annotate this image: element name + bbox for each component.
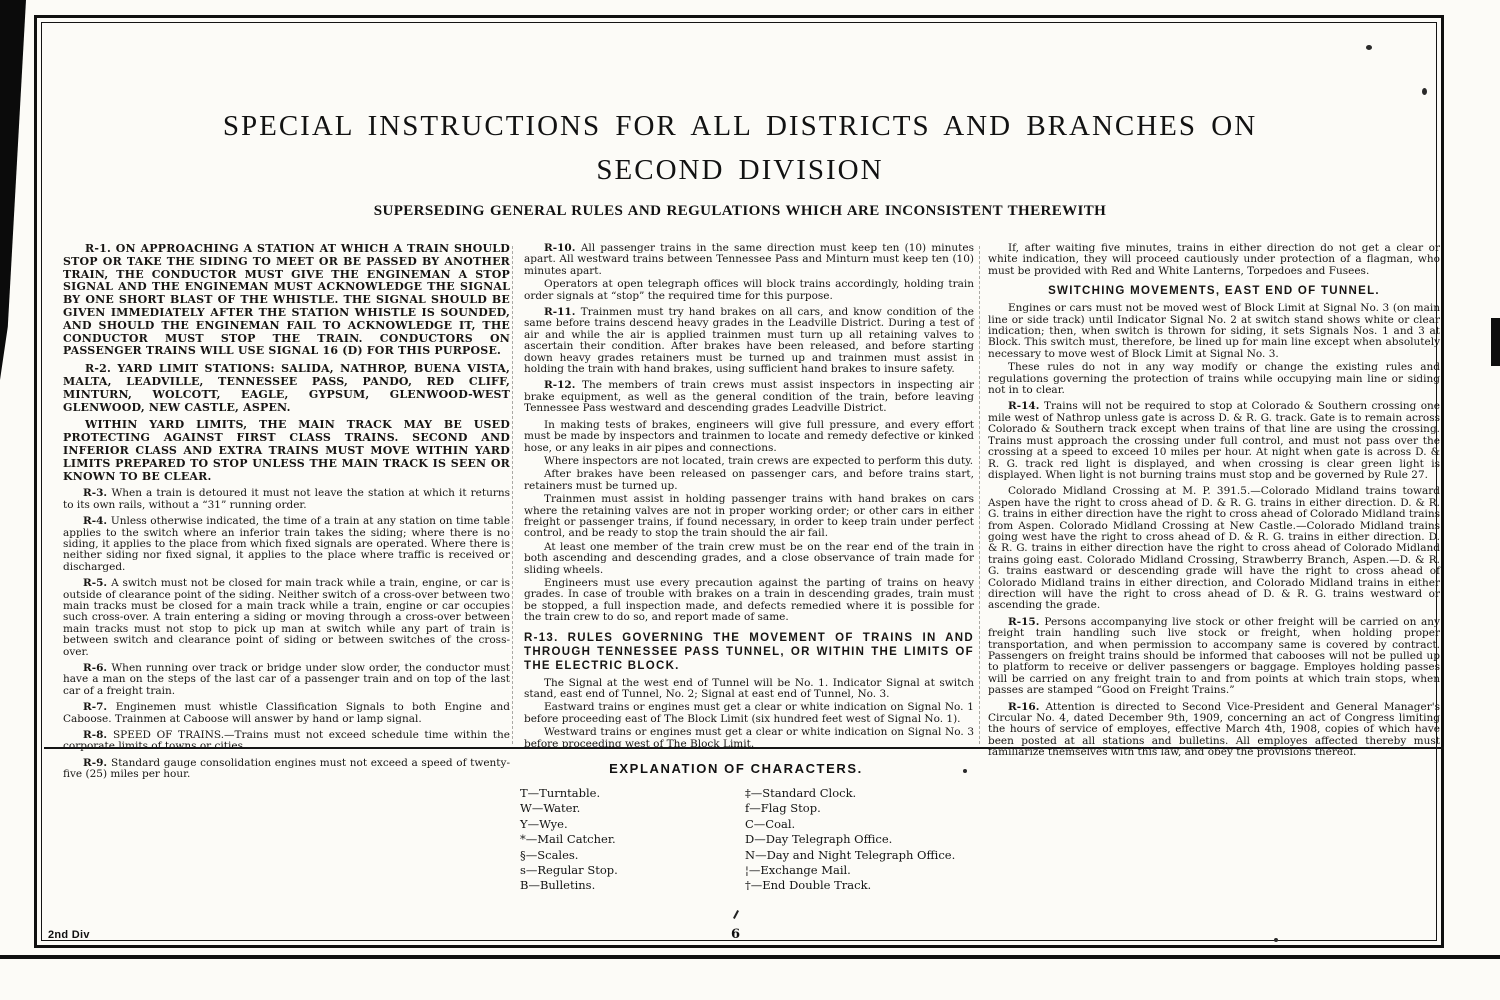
rule-number: R-1. — [85, 242, 116, 255]
explanation-item: T—Turntable. — [520, 786, 745, 801]
binding-shadow — [0, 0, 26, 380]
rule-paragraph: After brakes have been released on passe… — [524, 469, 974, 492]
rule-paragraph: R-14. Trains will not be required to sto… — [988, 401, 1440, 481]
rules-column-2: R-10. All passenger trains in the same d… — [524, 243, 974, 750]
rule-number: R-5. — [83, 577, 111, 589]
rule-number: R-2. — [85, 362, 117, 375]
rule-number: R-11. — [544, 306, 581, 318]
explanation-item: N—Day and Night Telegraph Office. — [745, 848, 1075, 863]
page-subtitle: SUPERSEDING GENERAL RULES AND REGULATION… — [40, 203, 1440, 220]
rule-paragraph: R-10. All passenger trains in the same d… — [524, 243, 974, 277]
rule-number: R-7. — [83, 701, 116, 713]
rule-number: R-6. — [83, 662, 111, 674]
page-title-line2: SECOND DIVISION — [40, 148, 1440, 192]
explanation-item: ¦—Exchange Mail. — [745, 863, 1075, 878]
page-title-line1: SPECIAL INSTRUCTIONS FOR ALL DISTRICTS A… — [40, 104, 1440, 148]
explanation-item: *—Mail Catcher. — [520, 832, 745, 847]
page-title: SPECIAL INSTRUCTIONS FOR ALL DISTRICTS A… — [40, 104, 1440, 192]
rule-paragraph: R-1. ON APPROACHING A STATION AT WHICH A… — [63, 243, 510, 358]
rule-paragraph: R-15. Persons accompanying live stock or… — [988, 617, 1440, 697]
scan-artifact — [963, 769, 967, 773]
rules-column-1: R-1. ON APPROACHING A STATION AT WHICH A… — [63, 243, 510, 781]
rule-paragraph: WITHIN YARD LIMITS, THE MAIN TRACK MAY B… — [63, 419, 510, 483]
rule-number: R-12. — [544, 379, 582, 391]
scan-artifact — [1491, 318, 1500, 366]
explanation-item: s—Regular Stop. — [520, 863, 745, 878]
rule-paragraph: R-6. When running over track or bridge u… — [63, 663, 510, 697]
rule-paragraph: In making tests of brakes, engineers wil… — [524, 420, 974, 454]
explanation-item: W—Water. — [520, 801, 745, 816]
section-divider-rule — [44, 747, 1444, 749]
rule-paragraph: Trainmen must assist in holding passenge… — [524, 494, 974, 540]
rule-number: R-15. — [1008, 616, 1044, 628]
scan-artifact — [1422, 88, 1427, 95]
explanation-item: B—Bulletins. — [520, 878, 745, 893]
rule-paragraph: Engines or cars must not be moved west o… — [988, 303, 1440, 360]
rule-number: R-8. — [83, 729, 113, 741]
page-number: 6 — [731, 927, 740, 942]
column-divider — [512, 246, 513, 744]
explanation-item: †—End Double Track. — [745, 878, 1075, 893]
rule-paragraph: These rules do not in any way modify or … — [988, 362, 1440, 396]
explanation-item: §—Scales. — [520, 848, 745, 863]
rule-paragraph: R-5. A switch must not be closed for mai… — [63, 578, 510, 658]
division-label: 2nd Div — [48, 929, 90, 941]
rule-paragraph: R-12. The members of train crews must as… — [524, 380, 974, 414]
rule-paragraph: R-11. Trainmen must try hand brakes on a… — [524, 307, 974, 375]
rule-paragraph: R-2. YARD LIMIT STATIONS: SALIDA, NATHRO… — [63, 363, 510, 414]
rule-paragraph: R-7. Enginemen must whistle Classificati… — [63, 702, 510, 725]
rules-column-3: If, after waiting five minutes, trains i… — [988, 243, 1440, 759]
rule-paragraph: R-16. Attention is directed to Second Vi… — [988, 702, 1440, 759]
rule-number: R-4. — [83, 515, 111, 527]
scan-artifact — [1366, 45, 1372, 50]
rule-paragraph: At least one member of the train crew mu… — [524, 542, 974, 576]
rule-number: R-10. — [544, 242, 581, 254]
rule-paragraph: Eastward trains or engines must get a cl… — [524, 702, 974, 725]
timetable-page: SPECIAL INSTRUCTIONS FOR ALL DISTRICTS A… — [0, 0, 1500, 1000]
rule-number: R-14. — [1008, 400, 1044, 412]
rule-number: R-16. — [1008, 701, 1046, 713]
bottom-border-rule — [0, 955, 1500, 959]
explanation-list-left: T—Turntable.W—Water.Y—Wye.*—Mail Catcher… — [520, 786, 745, 894]
rule-paragraph: The Signal at the west end of Tunnel wil… — [524, 678, 974, 701]
explanation-list-right: ‡—Standard Clock.f—Flag Stop.C—Coal.D—Da… — [745, 786, 1075, 894]
rule-paragraph: R-8. SPEED OF TRAINS.—Trains must not ex… — [63, 730, 510, 753]
scan-artifact — [1274, 938, 1278, 942]
rule-paragraph: SWITCHING MOVEMENTS, EAST END OF TUNNEL. — [988, 284, 1440, 298]
rule-paragraph: Colorado Midland Crossing at M. P. 391.5… — [988, 486, 1440, 611]
column-divider — [979, 246, 980, 744]
explanation-item: Y—Wye. — [520, 817, 745, 832]
explanation-item: C—Coal. — [745, 817, 1075, 832]
rule-paragraph: R-13. RULES GOVERNING THE MOVEMENT OF TR… — [524, 631, 974, 673]
rule-number: R-3. — [83, 487, 111, 499]
rule-paragraph: Operators at open telegraph offices will… — [524, 279, 974, 302]
rule-paragraph: R-3. When a train is detoured it must no… — [63, 488, 510, 511]
rule-paragraph: Engineers must use every precaution agai… — [524, 578, 974, 624]
explanation-heading: EXPLANATION OF CHARACTERS. — [34, 761, 1438, 776]
explanation-item: ‡—Standard Clock. — [745, 786, 1075, 801]
explanation-item: D—Day Telegraph Office. — [745, 832, 1075, 847]
explanation-item: f—Flag Stop. — [745, 801, 1075, 816]
rule-paragraph: R-4. Unless otherwise indicated, the tim… — [63, 516, 510, 573]
rule-paragraph: Where inspectors are not located, train … — [524, 456, 974, 467]
rule-paragraph: If, after waiting five minutes, trains i… — [988, 243, 1440, 277]
